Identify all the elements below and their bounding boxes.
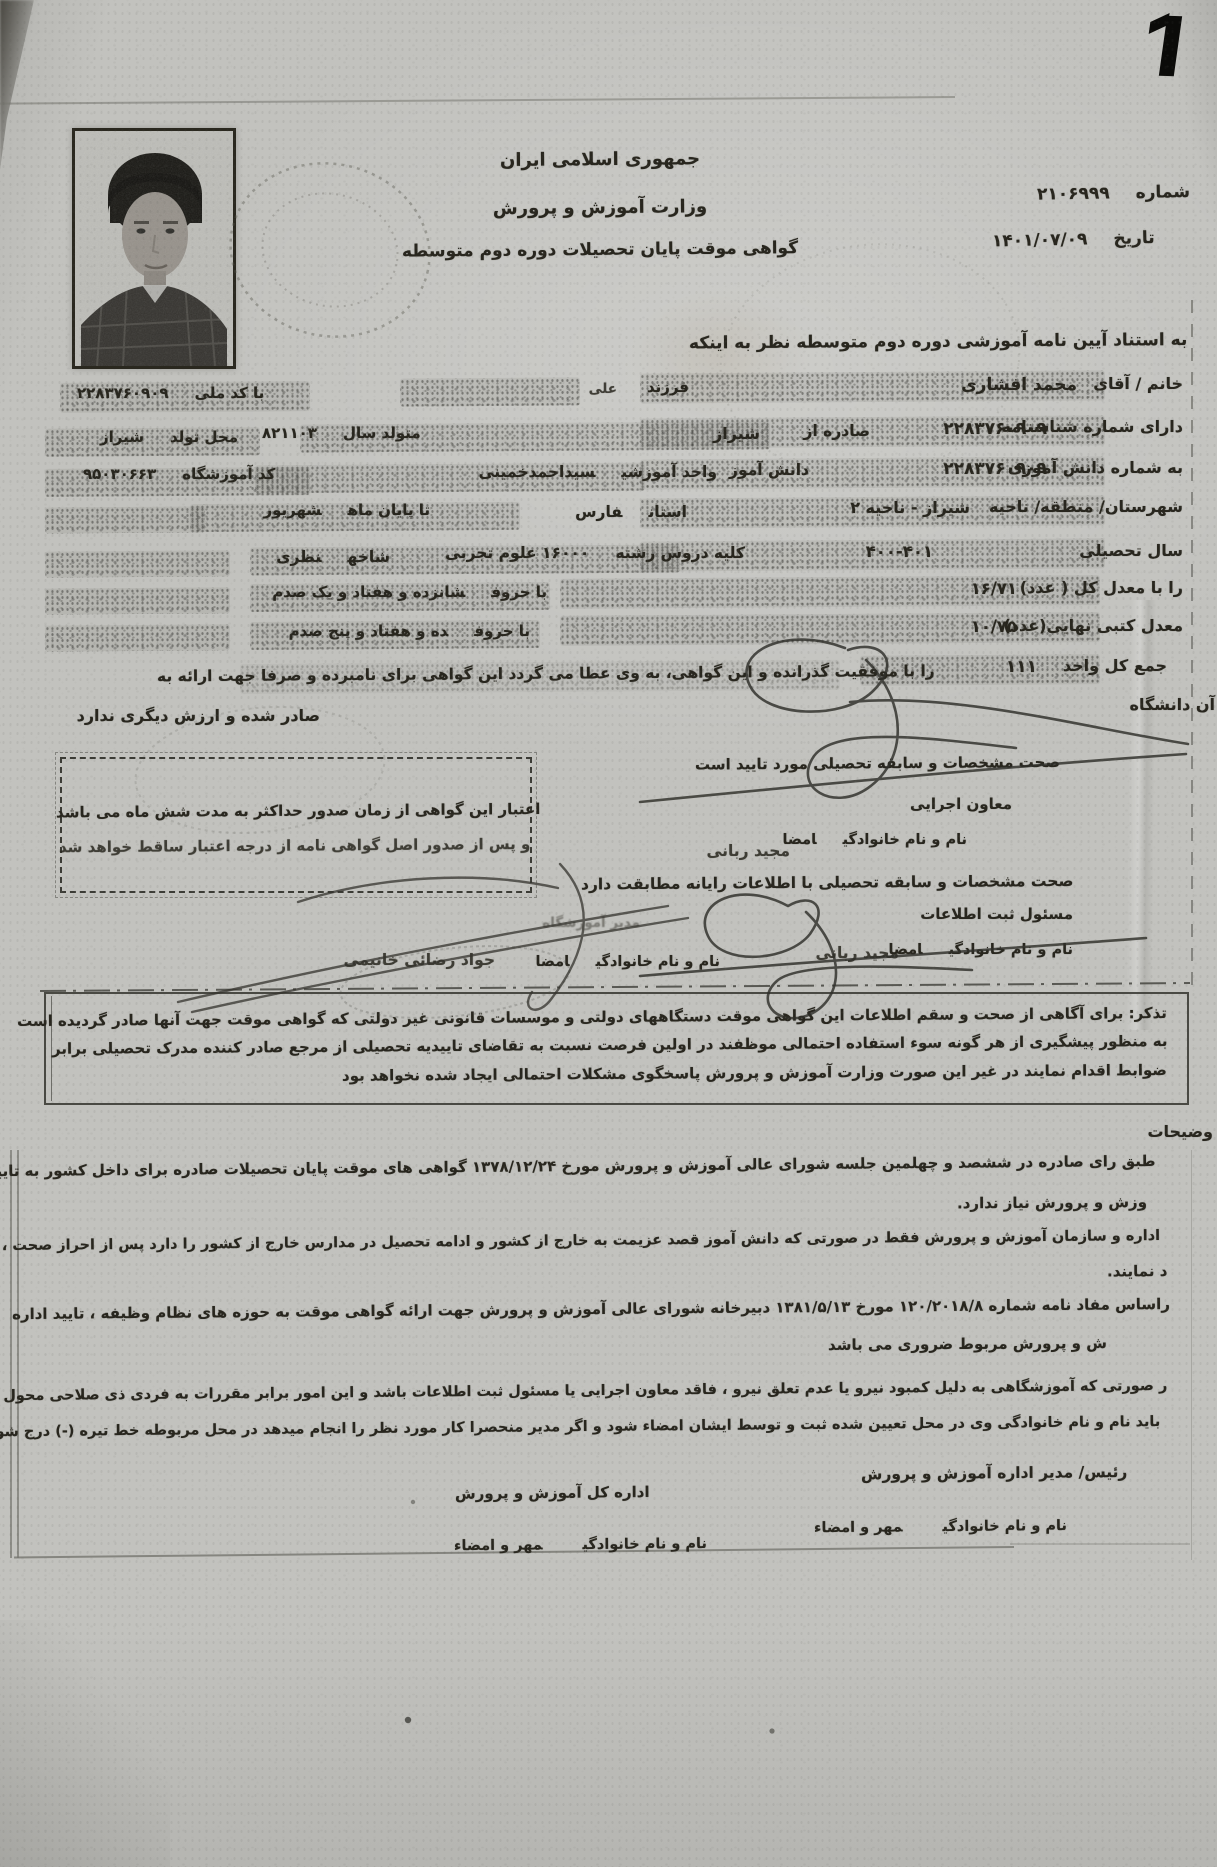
student-photo: [72, 128, 236, 369]
province-label: استان: [648, 503, 687, 521]
footer-right-name-seal: نام و نام خانوادگیمهر و امضاء: [814, 1518, 1067, 1536]
field-study-field: کلیه دروس رشته۱۶۰۰۰ علوم تجربی: [445, 544, 745, 562]
gpa-words-label: با حروف: [491, 583, 547, 601]
bottom-border-line-faint: [1010, 1543, 1190, 1545]
blot: [45, 550, 230, 577]
intro-line: به استناد آیین نامه آموزشی دوره دوم متوس…: [689, 330, 1187, 353]
branch-label: شاخه: [348, 548, 390, 566]
seal-label: مهر و امضاء: [454, 1537, 543, 1554]
national-id-value: ۲۲۸۳۷۶۰۹۰۹: [77, 384, 169, 402]
field-birthyear: متولد سال۸۲۱۱۰۳: [262, 424, 421, 442]
computer-match-statement: صحت مشخصات و سابقه تحصیلی با اطلاعات رای…: [580, 872, 1073, 893]
birthyear-label: متولد سال: [343, 424, 421, 442]
approval-statement: صحت مشخصات و سابقه تحصیلی مورد تایید است: [695, 753, 1060, 774]
field-year-value: ۴۰۰-۴۰۱: [866, 542, 933, 561]
no-other-value-line: صادر شده و ارزش دیگری ندارد: [77, 706, 320, 725]
principal-name-sig-labels: نام و نام خانوادگیامضا: [535, 954, 720, 970]
note-2-line-2: د نمایند.: [1107, 1262, 1167, 1280]
field-gpa-value: ۱۶/۷۱: [971, 579, 1017, 598]
dash-dot-divider: [40, 982, 1190, 992]
field-written-gpa-value: ۱۰/۷۵: [971, 617, 1017, 636]
name-label: نام و نام خانوادگی: [596, 954, 720, 970]
field-name-value: محمد افشاری: [961, 375, 1077, 395]
blot: [400, 377, 580, 406]
officer-name-sig-labels: نام و نام خانوادگیامضا: [888, 942, 1073, 958]
note-1-line-2: وزش و پرورش نیاز ندارد.: [957, 1193, 1147, 1212]
school-principal-role: مدیر آموزشگاه: [542, 915, 640, 931]
school-unit-value: سیداحمدخمینی: [479, 463, 596, 481]
school-unit-label: واحد آموزشی: [621, 463, 717, 481]
note-3-line-2: ش و پرورش مربوط ضروری می باشد: [828, 1334, 1107, 1354]
left-border-line-1: [10, 1150, 12, 1558]
field-name-label: خانم / آقای: [1093, 374, 1183, 393]
field-student-label: دانش آموز: [729, 461, 809, 479]
issue-date: تاریخ۱۴۰۱/۰۷/۰۹: [992, 228, 1155, 251]
study-field-value: ۱۶۰۰۰ علوم تجربی: [445, 544, 589, 562]
serial-number: شماره۲۱۰۶۹۹۹: [1037, 182, 1190, 205]
right-border-line: [1191, 1150, 1192, 1560]
paper-edge-line: [0, 96, 955, 104]
name-label: نام و نام خانوادگی: [583, 1536, 708, 1553]
gpa-words-value: شانزده و هفتاد و یک صدم: [272, 583, 465, 601]
field-province: استانفارس: [575, 503, 687, 521]
name-label: نام و نام خانوادگی: [843, 832, 967, 848]
field-school-code: کد آموزشگاه۹۵۰۳۰۶۶۳: [83, 465, 275, 483]
notes-title: وضیحات: [1147, 1122, 1213, 1141]
scanned-certificate-page: { "colors": {"paper": "#c2c2be", "ink": …: [0, 0, 1217, 1867]
validity-line-2: و پس از صدور اصل گواهی نامه از درجه اعتب…: [59, 835, 530, 856]
validity-box: [60, 757, 532, 893]
university-line: آن دانشگاه: [1130, 695, 1215, 714]
note-4-line-2: باید نام و نام خانوادگی وی در محل تعیین …: [0, 1414, 1160, 1440]
name-label: نام و نام خانوادگی: [943, 1518, 1068, 1535]
issue-date-value: ۱۴۰۱/۰۷/۰۹: [992, 229, 1088, 251]
birthplace-value: شیراز: [100, 428, 144, 446]
executive-deputy-role: معاون اجرایی: [910, 795, 1012, 813]
principal-name: جواد رضائی خانیمی: [344, 951, 495, 969]
field-issued-label: صادره از: [804, 422, 870, 440]
blot: [45, 587, 230, 614]
validity-line-1: اعتبار این گواهی از زمان صدور حداکثر به …: [56, 800, 540, 821]
right-dashed-edge: [1191, 300, 1193, 988]
field-branch: شاخهنظری: [276, 548, 390, 566]
sig-label: امضا: [535, 954, 569, 970]
field-child-value: علی: [589, 381, 617, 397]
field-gpa-words: با حروفشانزده و هفتاد و یک صدم: [272, 583, 547, 601]
study-field-label: کلیه دروس رشته: [615, 544, 745, 562]
bottom-left-crease: [0, 1620, 170, 1867]
field-year-label: سال تحصیلی: [1079, 541, 1183, 560]
blot: [45, 624, 230, 651]
blot: [45, 506, 205, 533]
seal-label: مهر و امضاء: [814, 1519, 903, 1536]
written-gpa-words-value: ده و هفتاد و پنج صدم: [289, 622, 449, 640]
field-school-unit: واحد آموزشیسیداحمدخمینی: [479, 463, 717, 481]
field-district-label: شهرستان/ منطقه/ ناحیه: [989, 497, 1183, 516]
note-2-line-1: اداره و سازمان آموزش و پرورش فقط در صورت…: [0, 1228, 1160, 1254]
school-code-value: ۹۵۰۳۰۶۶۳: [83, 465, 156, 483]
until-value: شهریور: [263, 501, 321, 519]
field-written-gpa-label: معدل کتبی نهایی(عدد): [1003, 616, 1183, 635]
serial-number-label: شماره: [1136, 182, 1191, 203]
field-studentno-value: ۲۲۸۳۷۶۰۹۰۹: [943, 459, 1047, 479]
field-birthplace: محل تولدشیراز: [100, 428, 238, 446]
field-total-units-value: ۱۱۱: [1006, 657, 1037, 677]
field-until-month: تا پایان ماهشهریور: [263, 501, 430, 519]
footer-left-role: اداره کل آموزش و پرورش: [455, 1483, 650, 1503]
year-value-text: ۴۰۰-۴۰۱: [866, 542, 933, 561]
note-3-line-1: راساس مفاد نامه شماره ۱۲۰/۲۰۱۸/۸ مورخ ۱۳…: [12, 1295, 1170, 1323]
field-child-label: فرزند: [647, 378, 689, 396]
deputy-name: مجید ربانی: [706, 842, 790, 860]
serial-number-value: ۲۱۰۶۹۹۹: [1037, 183, 1110, 204]
branch-value: نظری: [276, 548, 321, 566]
field-national-id: با کد ملی۲۲۸۳۷۶۰۹۰۹: [77, 384, 264, 402]
field-written-gpa-words: با حروفده و هفتاد و پنج صدم: [289, 622, 530, 640]
deputy-name-sig-labels: نام و نام خانوادگیامضا: [782, 832, 967, 848]
note-1-line-1: طبق رای صادره در ششصد و چهلمین جلسه شورا…: [0, 1152, 1155, 1181]
field-district-value: شیراز - ناحیه ۲: [850, 498, 970, 517]
records-officer-role: مسئول ثبت اطلاعات: [920, 905, 1073, 923]
document-title: گواهی موقت پایان تحصیلات دوره دوم متوسطه: [380, 238, 820, 262]
ink-dots: [405, 1500, 775, 1734]
header-country: جمهوری اسلامی ایران: [470, 148, 730, 171]
province-value: فارس: [575, 503, 622, 521]
field-issued-value: شیراز: [713, 424, 760, 443]
field-certno-value: ۲۲۸۳۷۶۰۹۰۹: [943, 419, 1047, 439]
issue-date-label: تاریخ: [1114, 228, 1156, 249]
footer-left-name-seal: نام و نام خانوادگیمهر و امضاء: [454, 1536, 707, 1554]
header-ministry: وزارت آموزش و پرورش: [470, 196, 730, 219]
officer-name: مجید ربانی: [815, 944, 899, 962]
note-4-line-1: ر صورتی که آموزشگاهی به دلیل کمبود نیرو …: [0, 1378, 1167, 1404]
written-gpa-words-label: با حروف: [474, 622, 530, 640]
national-id-label: با کد ملی: [195, 384, 265, 402]
school-code-label: کد آموزشگاه: [182, 465, 275, 483]
birthyear-value: ۸۲۱۱۰۳: [262, 424, 317, 442]
field-total-units-label: جمع کل واحد: [1063, 656, 1167, 675]
corner-shadow: [0, 0, 34, 170]
left-border-line-2: [17, 1150, 19, 1558]
field-gpa-label: را با معدل کل ( عدد): [1020, 578, 1183, 597]
footer-right-role: رئیس/ مدیر اداره آموزش و پرورش: [861, 1463, 1127, 1483]
student-photo-image: [75, 131, 233, 366]
until-label: تا پایان ماه: [348, 501, 430, 519]
birthplace-label: محل تولد: [170, 428, 238, 446]
name-label: نام و نام خانوادگی: [949, 942, 1073, 958]
corner-ink-mark: [1159, 16, 1182, 76]
